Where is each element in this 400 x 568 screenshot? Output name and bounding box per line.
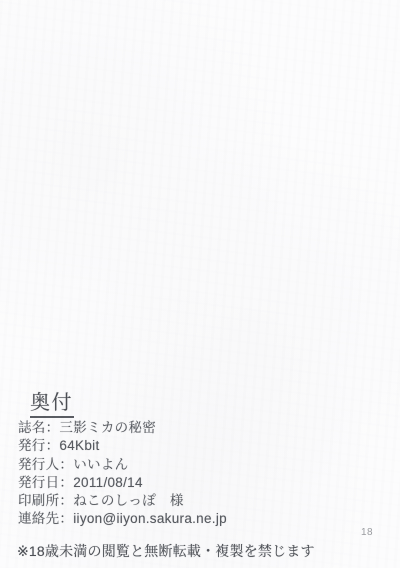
- age-restriction-notice: ※18歳未満の閲覧と無断転載・複製を禁じます: [17, 541, 315, 561]
- colophon-separator: ：: [59, 511, 73, 526]
- colophon-separator: ：: [46, 420, 60, 435]
- colophon-row-publisher: 発行：64Kbit: [18, 437, 227, 455]
- colophon-separator: ：: [59, 475, 73, 490]
- colophon-row-contact: 連絡先：iiyon@iiyon.sakura.ne.jp: [18, 510, 227, 528]
- colophon-label: 発行人: [18, 457, 59, 472]
- colophon-value: 三影ミカの秘密: [59, 420, 156, 435]
- colophon-value: いいよん: [73, 457, 128, 472]
- colophon-label: 誌名: [18, 420, 46, 435]
- colophon-separator: ：: [59, 457, 73, 472]
- colophon-row-title: 誌名：三影ミカの秘密: [18, 419, 227, 437]
- colophon-value: ねこのしっぽ 様: [73, 493, 183, 508]
- colophon-label: 連絡先: [18, 511, 59, 526]
- colophon-rows: 誌名：三影ミカの秘密 発行：64Kbit 発行人：いいよん 発行日：2011/0…: [18, 419, 227, 529]
- colophon-value: iiyon@iiyon.sakura.ne.jp: [73, 511, 227, 526]
- colophon-label: 発行日: [18, 475, 59, 490]
- colophon-value: 2011/08/14: [73, 475, 143, 490]
- page-number: 18: [361, 527, 373, 538]
- scanned-colophon-page: 奥付 誌名：三影ミカの秘密 発行：64Kbit 発行人：いいよん 発行日：201…: [0, 0, 400, 568]
- colophon-row-issue-date: 発行日：2011/08/14: [18, 474, 227, 492]
- colophon-value: 64Kbit: [59, 438, 99, 453]
- colophon-separator: ：: [59, 493, 73, 508]
- colophon-heading: 奥付: [30, 386, 74, 418]
- colophon-row-issuer: 発行人：いいよん: [18, 456, 227, 474]
- colophon-label: 印刷所: [18, 493, 59, 508]
- colophon-label: 発行: [18, 438, 46, 453]
- colophon-row-printer: 印刷所：ねこのしっぽ 様: [18, 492, 227, 510]
- colophon-separator: ：: [46, 438, 60, 453]
